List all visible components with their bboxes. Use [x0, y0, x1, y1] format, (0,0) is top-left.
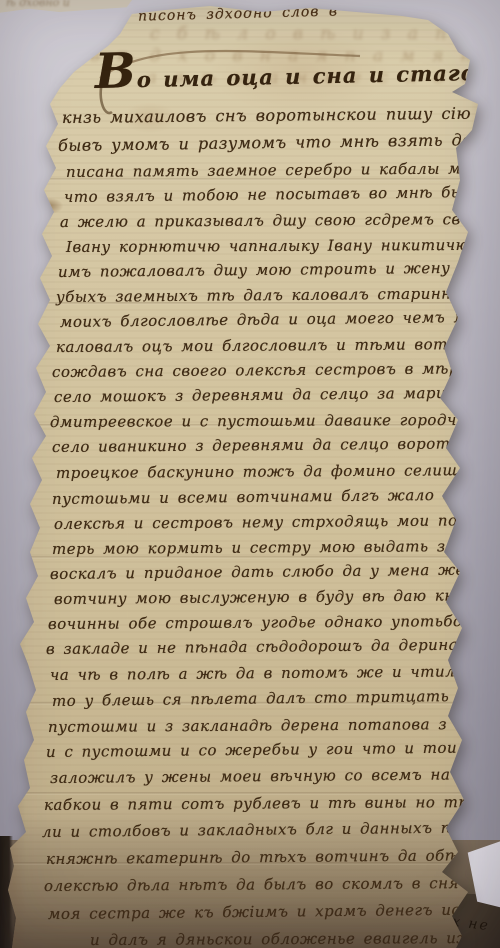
manuscript-line: сождавъ сна своего олексѣя сестровъ в мѣ…: [52, 359, 500, 381]
manuscript-line: ли и столбовъ и закладныхъ блг и данныхъ…: [42, 818, 500, 841]
manuscript-line: моихъ блгословлѣе дѣда и оца моего чемъ …: [60, 307, 500, 331]
manuscript-paper-wrap: с б ѣ л о в ѣ и з а п в ѣ д х о в н а я …: [0, 0, 500, 948]
manuscript-line: бывъ умомъ и разумомъ что мнѣ взять долг…: [58, 128, 500, 155]
manuscript-line: имъ пожаловалъ дшу мою строить и жену мо…: [58, 258, 500, 281]
manuscript-line: то у блешь ся пѣлета далъ сто тритцать р…: [52, 686, 500, 710]
photo-of-manuscript: х не ѣ дховно и с б ѣ л о в ѣ и з а п в …: [0, 0, 500, 948]
manuscript-line: писана память заемное серебро и кабалы м…: [66, 159, 500, 181]
manuscript-line: что взялъ и тобою не посытавъ во мнѣ был…: [64, 181, 500, 206]
manuscript-line: а желю а приказывалъ дшу свою гсдремъ св…: [60, 210, 500, 231]
manuscript-paper: с б ѣ л о в ѣ и з а п в ѣ д х о в н а я …: [0, 0, 500, 948]
manuscript-line: моя сестра же къ бжіимъ и храмъ денегъ и…: [48, 899, 500, 923]
manuscript-line: олексѣя и сестровъ нему стрходящь мои по…: [54, 510, 500, 533]
manuscript-line: каловалъ оцъ мои блгословилъ и тѣми вотч…: [56, 335, 500, 356]
manuscript-line: убыхъ заемныхъ тѣ далъ каловалъ старинны…: [56, 284, 500, 306]
manuscript-line: и далъ я дяньскои обложенье еваигель ижъ…: [90, 928, 500, 948]
manuscript-line: троецкое баскунино тожъ да фомино селище…: [56, 460, 500, 482]
manuscript-line: заложилъ у жены моеи вѣчную со всемъ на …: [50, 765, 500, 787]
manuscript-line: Івану корнютичю чапналыку Івану никитичю…: [66, 236, 500, 256]
manuscript-line: Во има оца и сна и стаго дха Се азъ рабъ…: [95, 44, 500, 93]
manuscript-line: в закладе и не пѣнада сѣдодорошъ да дери…: [46, 635, 500, 658]
manuscript-line: княжнѣ екатеринѣ до тѣхъ вотчинъ да обѣи…: [46, 846, 500, 868]
archival-pencil-number: 304: [60, 35, 86, 55]
manuscript-line: вотчину мою выслуженую в буду вѣ даю кня…: [54, 586, 500, 608]
manuscript-line: вочинны обе строшвлъ угодье однако употь…: [48, 612, 500, 633]
manuscript-line: кабкои в пяти сотъ рублевъ и тѣ вины но …: [44, 793, 500, 814]
manuscript-line: пустошми и з закланадѣ дерена потапова з…: [48, 715, 500, 736]
manuscript-line: воскалъ и приданое дать слюбо да у мена …: [50, 560, 500, 583]
manuscript-line: дмитреевское и с пустошьми даваике город…: [50, 410, 500, 431]
manuscript-line: село мошокъ з деревнями да селцо за мари…: [54, 383, 500, 406]
manuscript-line: олексѣю дѣла нѣтъ да былъ во скомлъ в сн…: [44, 873, 500, 895]
manuscript-lines: Во има оца и сна и стаго дха Се азъ рабъ…: [0, 0, 500, 948]
manuscript-line: терь мою кормить и сестру мою выдать зам…: [52, 536, 500, 558]
manuscript-line: пустошьми и всеми вотчинами блгъ жало ск…: [52, 485, 500, 508]
manuscript-line: ча чѣ в полѣ а жѣ да в потомъ же и чтилѣ…: [50, 661, 500, 684]
manuscript-line: и с пустошми и со жеребьи у гои что и то…: [46, 738, 500, 761]
manuscript-line: село иваникино з деревнями да селцо воро…: [52, 433, 500, 456]
manuscript-line: кнзь михаиловъ снъ воротынскои пишу сію …: [62, 102, 500, 127]
